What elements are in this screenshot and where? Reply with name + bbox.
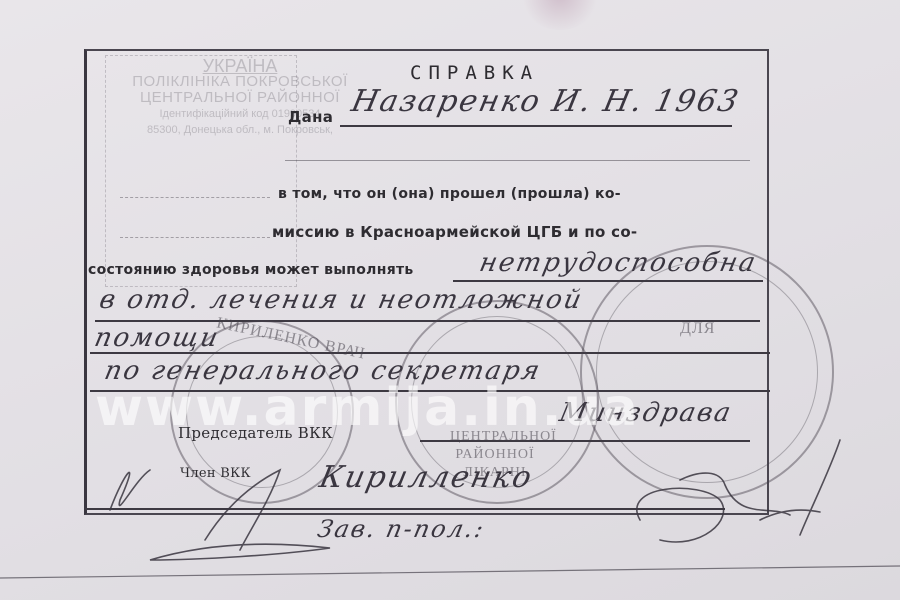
member-signature: Кирилленко (316, 460, 536, 495)
head-note: Зав. п-пол.: (315, 515, 488, 543)
member-label: Член ВКК (180, 466, 251, 481)
stamp-country: УКРАЇНА (120, 58, 360, 74)
chairman-label: Председатель ВКК (178, 424, 333, 442)
statement-line-2: миссию в Красноармейской ЦГБ и по со- (272, 223, 637, 241)
statement-line-3: состоянию здоровья может выполнять (88, 262, 414, 278)
left-blank-line (120, 237, 270, 238)
statement-line-1: в том, что он (она) прошел (прошла) ко- (278, 186, 621, 202)
issued-to-label: Дана (288, 108, 333, 126)
institution-header-stamp: УКРАЇНА ПОЛІКЛІНІКА ПОКРОВСЬКОЇ ЦЕНТРАЛЬ… (120, 58, 360, 138)
document-photo: УКРАЇНА ПОЛІКЛІНІКА ПОКРОВСЬКОЇ ЦЕНТРАЛЬ… (0, 0, 900, 600)
right-round-stamp (580, 245, 834, 499)
watermark: www.armija.in.ua (95, 378, 640, 438)
paper-stain (520, 0, 600, 30)
member-signature-line (85, 508, 725, 510)
chairman-signature-line (420, 440, 750, 442)
document-title: СПРАВКА (410, 62, 539, 84)
issued-to-value: Назаренко И. Н. 1963 (348, 84, 743, 119)
issued-to-underline (340, 125, 732, 127)
stamp-clinic: ПОЛІКЛІНІКА ПОКРОВСЬКОЇ (120, 74, 360, 90)
left-blank-line (120, 197, 270, 198)
stamp-hospital: ЦЕНТРАЛЬНОЇ РАЙОННОЇ (120, 90, 360, 106)
blank-line (285, 160, 750, 161)
right-stamp-text: ДЛЯ (680, 320, 715, 338)
